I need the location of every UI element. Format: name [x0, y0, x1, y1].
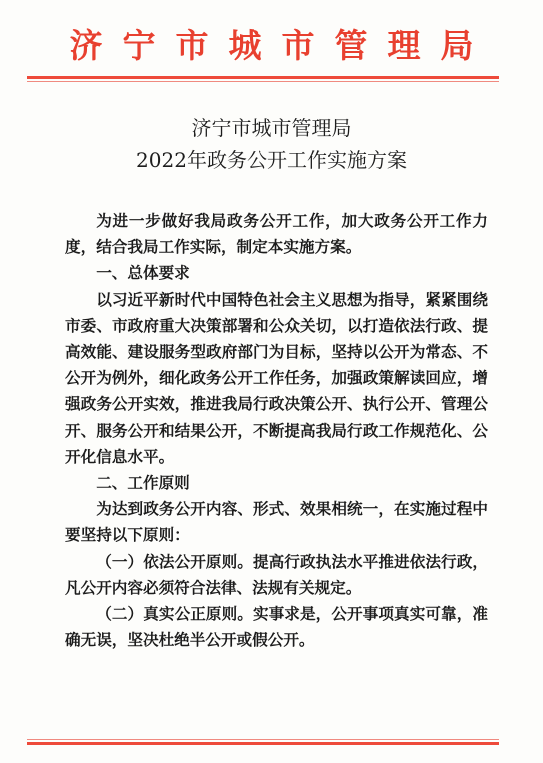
- document-title-line2: 2022年政务公开工作实施方案: [0, 145, 543, 175]
- principle2-paragraph: （二）真实公正原则。实事求是，公开事项真实可靠，准确无误，坚决杜绝半公开或假公开…: [65, 601, 488, 653]
- letterhead-org-name: 济宁市城市管理局: [0, 22, 543, 70]
- section2-heading: 二、工作原则: [65, 470, 488, 496]
- rule-thick-line: [27, 742, 499, 745]
- rule-thin-line: [27, 81, 499, 82]
- document-title-line1: 济宁市城市管理局: [0, 113, 543, 143]
- section1-heading: 一、总体要求: [65, 260, 488, 286]
- footer-red-rule: [27, 739, 499, 745]
- principle1-paragraph: （一）依法公开原则。提高行政执法水平推进依法行政，凡公开内容必须符合法律、法规有…: [65, 549, 488, 601]
- intro-paragraph: 为进一步做好我局政务公开工作，加大政务公开工作力度，结合我局工作实际，制定本实施…: [65, 208, 488, 260]
- document-body: 为进一步做好我局政务公开工作，加大政务公开工作力度，结合我局工作实际，制定本实施…: [65, 208, 488, 653]
- section2-paragraph: 为达到政务公开内容、形式、效果相统一，在实施过程中要坚持以下原则：: [65, 496, 488, 548]
- letterhead-red-rule: [27, 76, 499, 82]
- section1-paragraph: 以习近平新时代中国特色社会主义思想为指导，紧紧围绕市委、市政府重大决策部署和公众…: [65, 287, 488, 470]
